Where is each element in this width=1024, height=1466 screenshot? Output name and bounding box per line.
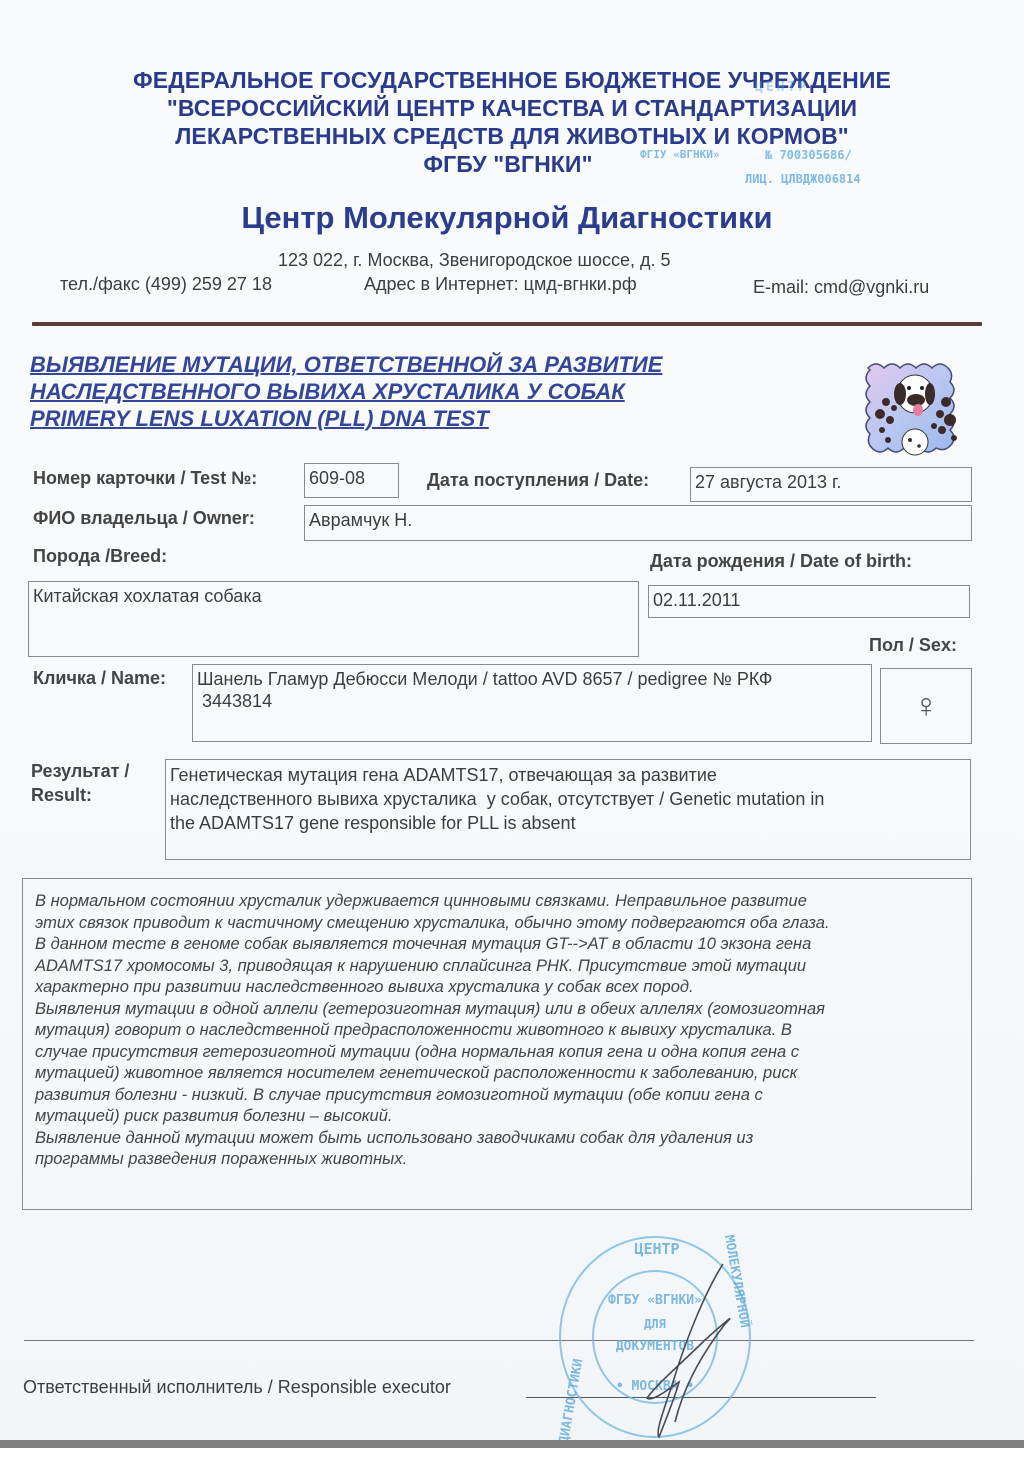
- description-line: программы разведения пораженных животных…: [35, 1149, 961, 1171]
- stamp-top-line4: ЛИЦ. ЦЛВДЖ006814: [745, 172, 861, 186]
- website: Адрес в Интернет: цмд-вгнки.рф: [364, 274, 637, 295]
- stamp-inner-mid: ДЛЯ: [644, 1317, 666, 1331]
- result-field: Генетическая мутация гена ADAMTS17, отве…: [165, 759, 971, 860]
- result-value-line-2: наследственного вывиха хрусталика у соба…: [170, 787, 966, 811]
- scanner-edge-bar: [0, 1440, 1024, 1448]
- breed-field: Китайская хохлатая собака: [28, 581, 639, 657]
- date-field: 27 августа 2013 г.: [690, 467, 972, 502]
- owner-label: ФИО владельца / Owner:: [33, 508, 255, 529]
- result-value-line-1: Генетическая мутация гена ADAMTS17, отве…: [170, 763, 966, 787]
- name-field: Шанель Гламур Дебюсси Мелоди / tattoo AV…: [192, 664, 872, 742]
- result-label-line-2: Result:: [31, 785, 92, 806]
- address: 123 022, г. Москва, Звенигородское шоссе…: [278, 250, 671, 271]
- test-title-line-3: PRIMERY LENS LUXATION (PLL) DNA TEST: [30, 405, 489, 432]
- description-line: характерно при развитии наследственного …: [35, 977, 961, 999]
- description-line: Выявления мутации в одной аллели (гетеро…: [35, 999, 961, 1021]
- description-line: случае присутствия гетерозиготной мутаци…: [35, 1042, 961, 1064]
- test-title-line-1: ВЫЯВЛЕНИЕ МУТАЦИИ, ОТВЕТСТВЕННОЙ ЗА РАЗВ…: [30, 351, 662, 378]
- test-title-line-2: НАСЛЕДСТВЕННОГО ВЫВИХА ХРУСТАЛИКА У СОБА…: [30, 378, 625, 405]
- description-line: мутацией) риск развития болезни – высоки…: [35, 1106, 961, 1128]
- stamp-ring-right: МОЛЕКУЛЯРНОЙ: [721, 1234, 753, 1329]
- dalmatian-dog-logo-icon: [850, 350, 975, 460]
- result-label-line-1: Результат /: [31, 761, 129, 782]
- document-page: ФЕДЕРАЛЬНОЕ ГОСУДАРСТВЕННОЕ БЮДЖЕТНОЕ УЧ…: [0, 0, 1024, 1440]
- description-line: этих связок приводит к частичному смещен…: [35, 913, 961, 935]
- header-divider: [32, 322, 982, 326]
- breed-label: Порода /Breed:: [33, 546, 167, 567]
- page-margin: [0, 1448, 1024, 1466]
- name-label: Кличка / Name:: [33, 668, 166, 689]
- dob-label: Дата рождения / Date of birth:: [650, 551, 912, 572]
- sex-label: Пол / Sex:: [869, 635, 957, 656]
- test-no-field: 609-08: [304, 463, 399, 498]
- dob-field: 02.11.2011: [648, 585, 970, 618]
- date-label: Дата поступления / Date:: [427, 470, 649, 491]
- description-line: Выявление данной мутации может быть испо…: [35, 1128, 961, 1150]
- stamp-inner-top: ФГБУ «ВГНКИ»: [608, 1293, 702, 1308]
- signature-divider: [24, 1340, 974, 1341]
- executor-label: Ответственный исполнитель / Responsible …: [23, 1377, 451, 1398]
- result-value-line-3: the ADAMTS17 gene responsible for PLL is…: [170, 811, 966, 835]
- description-line: В нормальном состоянии хрусталик удержив…: [35, 891, 961, 913]
- stamp-top-line1: ЦЕНТР: [755, 80, 809, 95]
- test-no-label: Номер карточки / Test №:: [33, 468, 257, 489]
- phone: тел./факс (499) 259 27 18: [60, 274, 272, 295]
- description-line: ADAMTS17 хромосомы 3, приводящая к наруш…: [35, 956, 961, 978]
- description-line: мутацией) животное является носителем ге…: [35, 1063, 961, 1085]
- stamp-top-line3: № 700305686/: [765, 148, 852, 162]
- description-line: развития болезни - низкий. В случае прис…: [35, 1085, 961, 1107]
- center-name: Центр Молекулярной Диагностики: [0, 200, 1014, 236]
- name-value-line-2: 3443814: [197, 690, 867, 712]
- owner-field: Аврамчук Н.: [304, 505, 972, 541]
- official-round-stamp-icon: ЦЕНТР ФГБУ «ВГНКИ» ДЛЯ ДОКУМЕНТОВ • МОСК…: [555, 1232, 755, 1442]
- stamp-top-line2: ФГІУ «ВГНКИ»: [640, 148, 719, 161]
- description-line: мутация) говорит о наследственной предра…: [35, 1020, 961, 1042]
- email: E-mail: cmd@vgnki.ru: [753, 277, 929, 298]
- stamp-top-text: ЦЕНТР: [634, 1240, 679, 1258]
- registration-stamp: ЦЕНТР ФГІУ «ВГНКИ» № 700305686/ ЛИЦ. ЦЛВ…: [640, 80, 920, 192]
- name-value-line-1: Шанель Гламур Дебюсси Мелоди / tattoo AV…: [197, 668, 867, 690]
- female-symbol-icon: ♀: [880, 668, 972, 744]
- description-box: В нормальном состоянии хрусталик удержив…: [22, 878, 972, 1210]
- stamp-inner-bottom: • МОСКВА •: [616, 1379, 694, 1394]
- description-line: В данном тесте в геноме собак выявляется…: [35, 934, 961, 956]
